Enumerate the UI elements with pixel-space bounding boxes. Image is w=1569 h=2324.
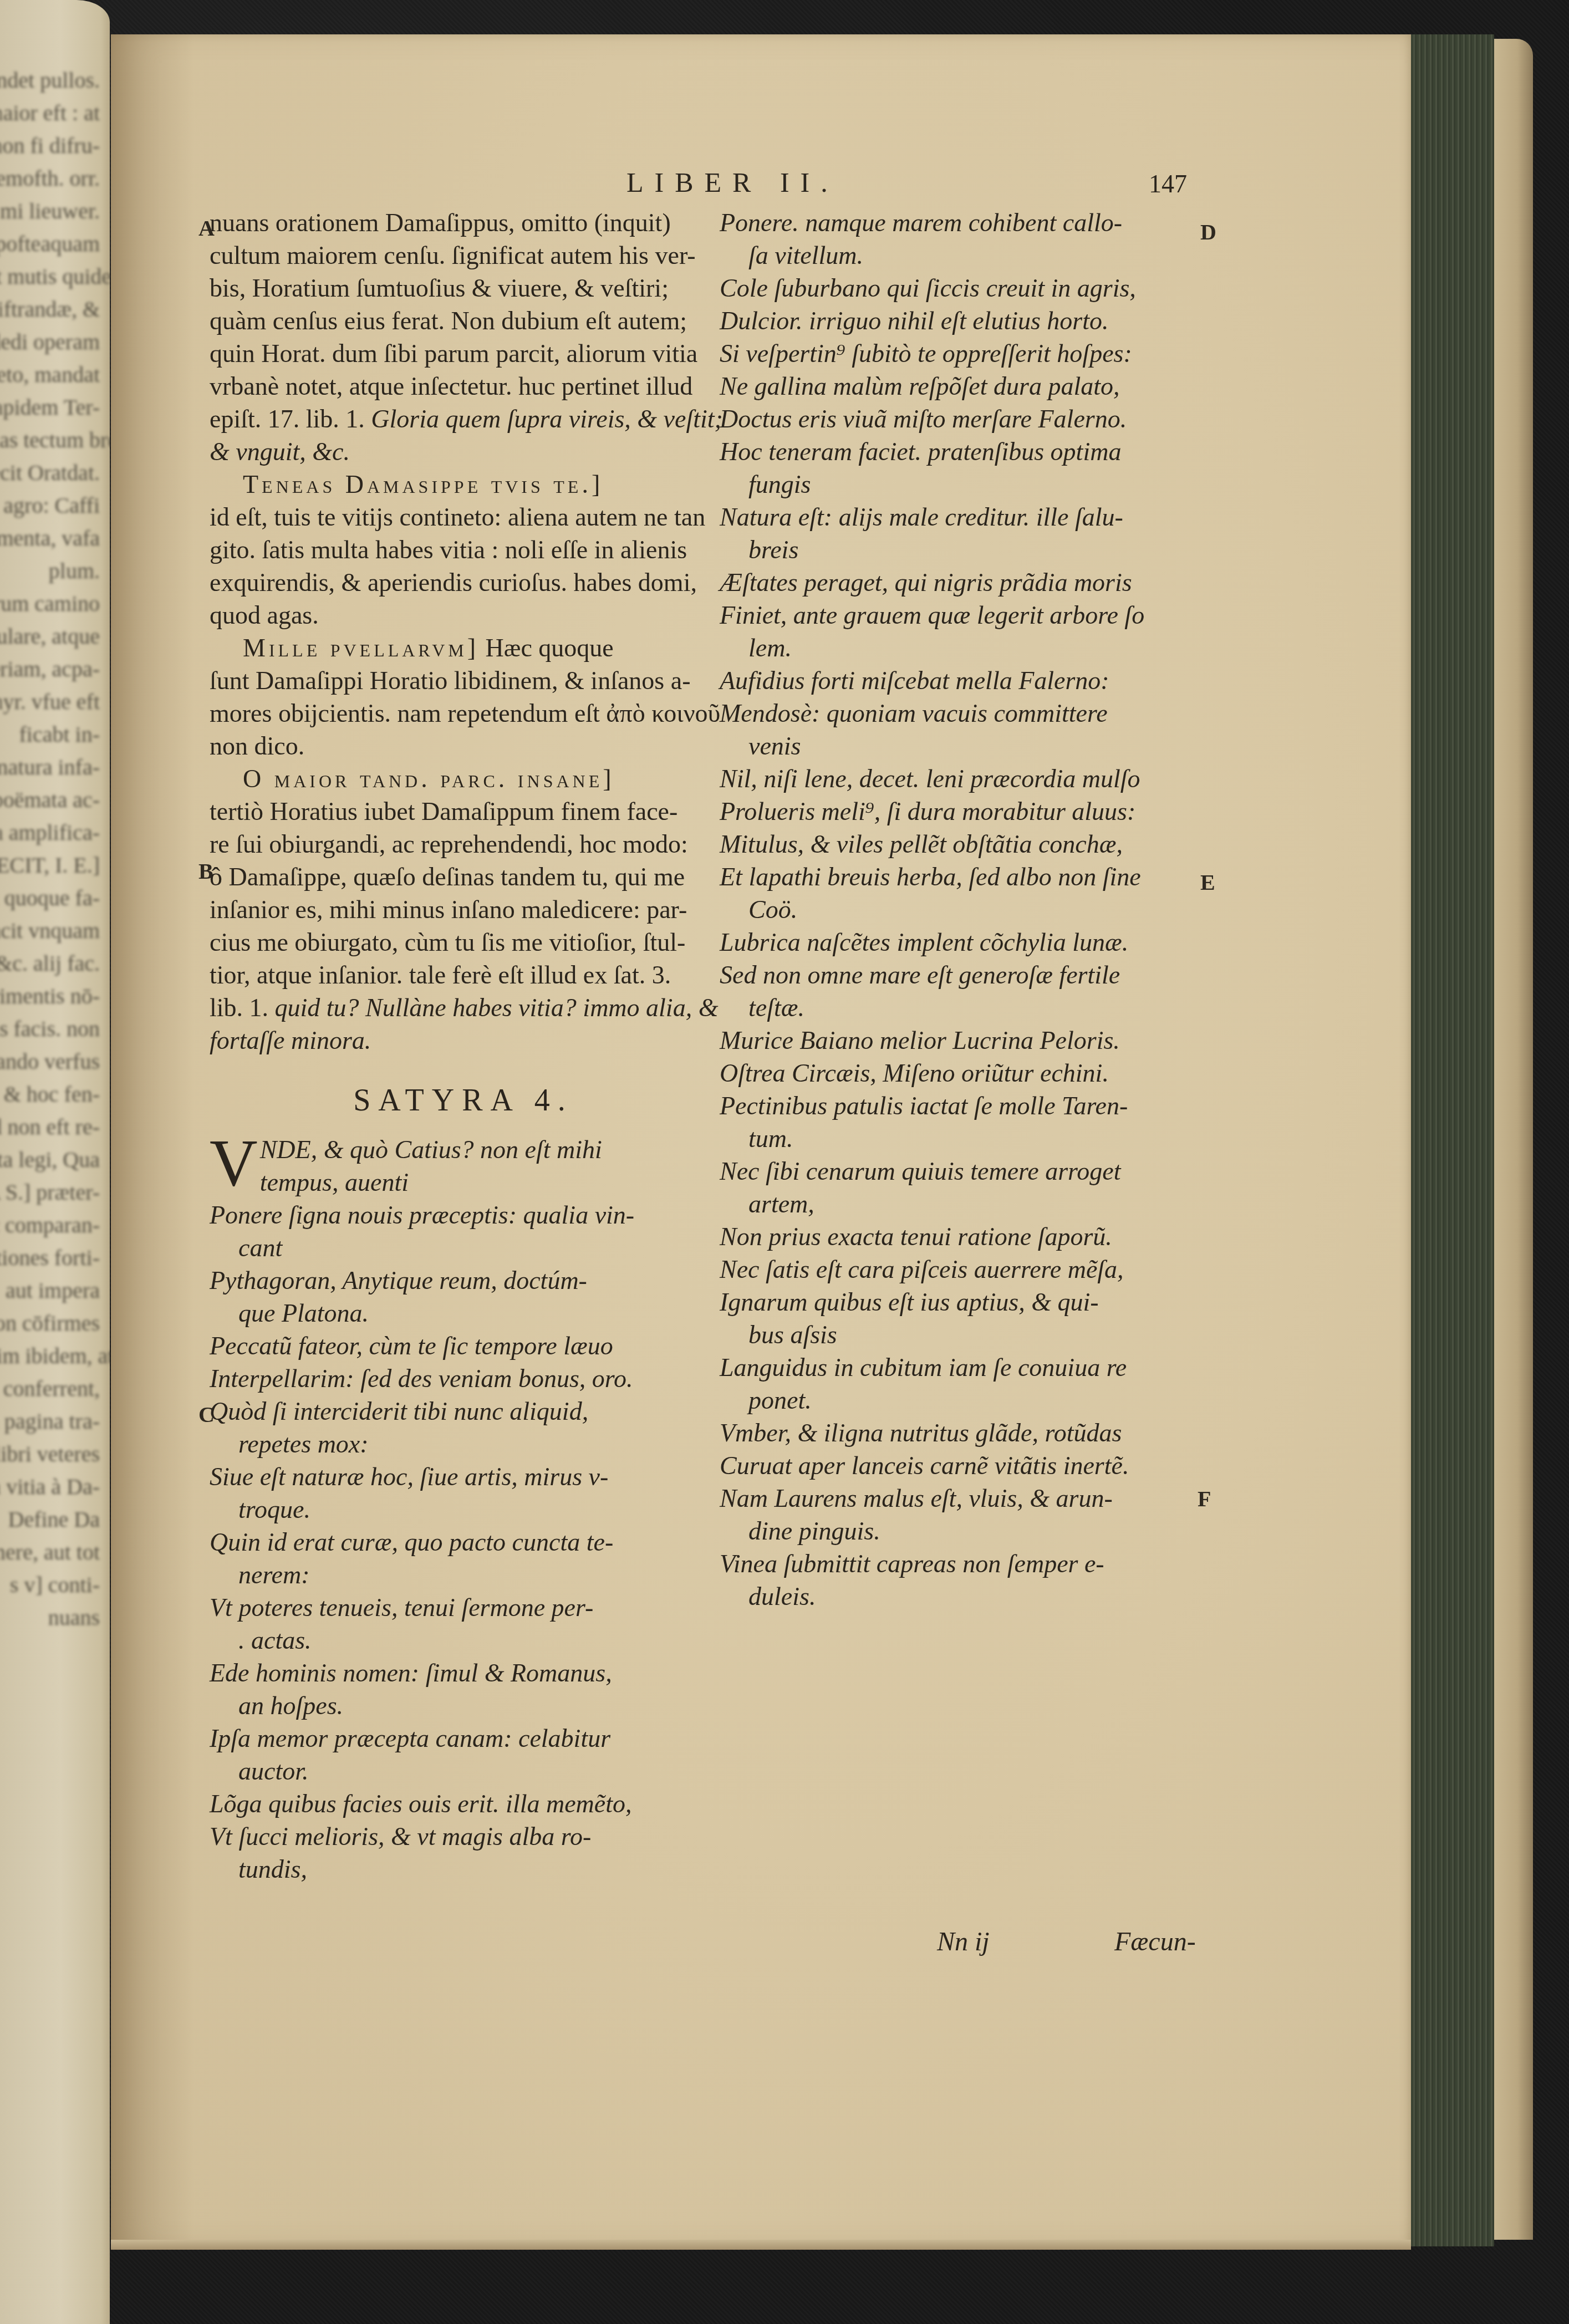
verse-line: Ede hominis nomen: ſimul & Romanus, (210, 1657, 717, 1689)
commentary-line: quin Horat. dum ſibi parum parcit, alior… (210, 337, 717, 370)
commentary-block-4: tertiò Horatius iubet Damaſippum finem f… (210, 795, 717, 991)
commentary-line: gito. ſatis multa habes vitia : noli eſſ… (210, 533, 717, 566)
blurred-line: verfus facis. non (0, 1012, 100, 1045)
verse-line: Vinea ſubmittit capreas non ſemper e- (720, 1547, 1208, 1580)
verse-line: breis (720, 533, 1208, 566)
verse-block-right: Ponere. namque marem cohibent callo-ſa v… (720, 206, 1208, 1613)
verse-line: ſa vitellum. (720, 239, 1208, 272)
blurred-line: fed non eft re- (0, 1110, 100, 1143)
blurred-line: conferrent, (0, 1372, 100, 1405)
commentary-line: non dico. (210, 730, 717, 762)
verse-line: Doctus eris viuã miſto merſare Falerno. (720, 402, 1208, 435)
verse-line: Coö. (720, 893, 1208, 926)
blurred-line: tu quoque fa- (0, 881, 100, 914)
verse-line: Lubrica naſcẽtes implent cõchylia lunæ. (720, 926, 1208, 959)
verse-line: Oſtrea Circæis, Miſeno oriũtur echini. (720, 1057, 1208, 1089)
verse-line: NDE, & quò Catius? non eſt mihi (260, 1135, 602, 1164)
blurred-line: confeftim ibidem, at- (0, 1339, 100, 1372)
blurred-line: materiam, acpa- (0, 653, 100, 685)
verse-line: an hoſpes. (210, 1689, 717, 1722)
commentary-line: lib. 1. quid tu? Nullàne habes vitia? im… (210, 991, 717, 1024)
verse-line: Et lapathi breuis herba, ſed albo non ſi… (720, 860, 1208, 893)
blurred-line: rani mi lieuwer. (0, 195, 100, 227)
previous-page-edge: ndet pullos.lli , maior eft : atD non fi… (0, 0, 110, 2324)
commentary-line: tior, atque inſanior. tale ferè eſt illu… (210, 959, 717, 991)
lemma: O maior tand. parc. insane] (243, 765, 615, 793)
verse-line: Mendosè: quoniam vacuis committere (720, 697, 1208, 730)
blurred-line: fua vitia à Da- (0, 1470, 100, 1503)
commentary-block-3: ſunt Damaſippi Horatio libidinem, & inſa… (210, 664, 717, 762)
verse-line: Prolueris meli⁹, ſi dura morabitur aluus… (720, 795, 1208, 828)
blurred-line: Add lapidem Ter- (0, 391, 100, 424)
commentary-line: ſunt Damaſippi Horatio libidinem, & inſa… (210, 664, 717, 697)
signature-mark: Nn ij (937, 1927, 990, 1957)
blurred-line: plum. (0, 554, 100, 587)
commentary-line: nuans orationem Damaſippus, omitto (inqu… (210, 206, 717, 239)
catchword: Fæcun- (1114, 1927, 1196, 1957)
blurred-line: A S.] præter- (0, 1176, 100, 1209)
verse-line: dine pinguis. (720, 1515, 1208, 1547)
verse-line: cant (210, 1231, 717, 1264)
verse-line: Vmber, & iligna nutritus glãde, rotũdas (720, 1416, 1208, 1449)
verse-line: Ipſa memor præcepta canam: celabitur (210, 1722, 717, 1755)
blurred-line: D non fi difru- (0, 129, 100, 162)
blurred-line: enim dedi operam (0, 325, 100, 358)
blurred-line: lli , maior eft : at (0, 96, 100, 129)
commentary-line: id eſt, tuis te vitijs contineto: aliena… (210, 501, 717, 533)
verse-line: artem, (720, 1188, 1208, 1220)
blurred-line: um agro: Caffi (0, 489, 100, 522)
verse-line: ponet. (720, 1384, 1208, 1416)
verse-line: Mitulus, & viles pellẽt obſtãtia conchæ, (720, 828, 1208, 860)
verse-line: Murice Baiano melior Lucrina Peloris. (720, 1024, 1208, 1057)
blurred-line: mans,at mutis quiden (0, 260, 100, 293)
verse-line: Vt poteres tenueis, tenui ſermone per- (210, 1591, 717, 1624)
verse-line: Nec ſatis eſt cara piſceis auerrere mẽſa… (720, 1253, 1208, 1286)
quotation: quid tu? Nullàne habes vitia? immo alia,… (275, 993, 719, 1022)
blurred-line: quando verfus (0, 1045, 100, 1078)
lemma: Mille pvellarvm] (243, 634, 479, 662)
page-number: 147 (1149, 169, 1187, 198)
blurred-line: Add quas tectum brevi (0, 424, 100, 456)
verse-line: Interpellarim: ſed des veniam bonus, oro… (210, 1362, 717, 1395)
blurred-line: Define Da (0, 1503, 100, 1536)
left-column: nuans orationem Damaſippus, omitto (inqu… (210, 206, 717, 1885)
blurred-line: . Demofth. orr. (0, 162, 100, 195)
blurred-line: experimentis nō- (0, 980, 100, 1012)
book-cover-edge (1494, 39, 1533, 2240)
verse-line: Finiet, ante grauem quæ legerit arbore ſ… (720, 599, 1208, 631)
blurred-line: aut impera (0, 1274, 100, 1307)
commentary-line: bis, Horatium ſumtuoſius & viuere, & veſ… (210, 272, 717, 304)
verse-line: Si veſpertin⁹ ſubitò te oppreſſerit hoſp… (720, 337, 1208, 370)
commentary-line: tertiò Horatius iubet Damaſippum finem f… (210, 795, 717, 828)
commentary-line: quod agas. (210, 599, 717, 631)
verse-line: bus aſsis (720, 1318, 1208, 1351)
verse-line: Ponere. namque marem cohibent callo- (720, 206, 1208, 239)
verse-line: Peccatũ fateor, cùm te ſic tempore læuo (210, 1329, 717, 1362)
blurred-line: mulare, atque (0, 620, 100, 653)
verse-line: troque. (210, 1493, 717, 1526)
blurred-line: eft, pofteaquam (0, 227, 100, 260)
lemma-line: Mille pvellarvm] Hæc quoque (210, 631, 717, 664)
previous-page-blurred-text: ndet pullos.lli , maior eft : atD non fi… (0, 64, 100, 1634)
blurred-line: eadem pagina tra- (0, 1405, 100, 1438)
verse-line: Languidus in cubitum iam ſe conuiua re (720, 1351, 1208, 1384)
blurred-line: poëmata ac- (0, 783, 100, 816)
blurred-line: ndet pullos. (0, 64, 100, 96)
verse-line: Quin id erat curæ, quo pacto cuncta te- (210, 1526, 717, 1558)
verse-line: Cole ſuburbano qui ſiccis creuit in agri… (720, 272, 1208, 304)
blurred-line: s v] conti- (0, 1568, 100, 1601)
blurred-line: em fecit Oratdat. (0, 456, 100, 489)
verse-line: teſtæ. (720, 991, 1208, 1024)
verse-line: Nam Laurens malus eſt, vluis, & arun- (720, 1482, 1208, 1515)
verse-line: Ignarum quibus eſt ius aptius, & qui- (720, 1286, 1208, 1318)
blurred-line: definitiones forti- (0, 1241, 100, 1274)
verse-line: Siue eſt naturæ hoc, ſiue artis, mirus v… (210, 1460, 717, 1493)
blurred-line: hic comparan- (0, 1209, 100, 1241)
lemma-line: Teneas Damasippe tvis te.] (210, 468, 717, 501)
commentary-line: mores obijcientis. nam repetendum eſt ἀπ… (210, 697, 717, 730)
verse-line: fungis (720, 468, 1208, 501)
verse-line: nerem: (210, 1558, 717, 1591)
blurred-line: illa amplifica- (0, 816, 100, 849)
blurred-line: & hoc fen- (0, 1078, 100, 1110)
blurred-line: lhyr. vfue eft (0, 685, 100, 718)
verse-line: auctor. (210, 1755, 717, 1787)
commentary-line: exquirendis, & aperiendis curioſus. habe… (210, 566, 717, 599)
verse-line: lem. (720, 631, 1208, 664)
verse-line: tum. (720, 1122, 1208, 1155)
verse-line: Dulcior. irriguo nihil eſt elutius horto… (720, 304, 1208, 337)
commentary-block-2: id eſt, tuis te vitijs contineto: aliena… (210, 501, 717, 631)
page-bottom-edge (111, 2240, 1411, 2250)
verse-line: Pectinibus patulis iactat ſe molle Taren… (720, 1089, 1208, 1122)
blurred-line: Adhibeto, mandat (0, 358, 100, 391)
blurred-line: adminiftrandæ, & (0, 293, 100, 325)
blurred-line: ficabt in- (0, 718, 100, 751)
blurred-line: nuans (0, 1601, 100, 1634)
commentary-block-1: nuans orationem Damaſippus, omitto (inqu… (210, 206, 717, 402)
verse-line: que Platona. (210, 1297, 717, 1329)
blurred-line: ita legi, Qua (0, 1143, 100, 1176)
commentary-line: fortaſſe minora. (210, 1024, 717, 1057)
verse-line: Non prius exacta tenui ratione ſaporũ. (720, 1220, 1208, 1253)
blurred-line: argumenta, vafa (0, 522, 100, 554)
drop-cap: V (210, 1136, 258, 1190)
commentary-line: & vnguit, &c. (210, 435, 717, 468)
verse-line: Pythagoran, Anytique reum, doctúm- (210, 1264, 717, 1297)
commentary-line: inſanior es, mihi minus inſano maledicer… (210, 893, 717, 926)
commentary-line: epiſt. 17. lib. 1. Gloria quem ſupra vir… (210, 402, 717, 435)
blurred-line: non cōfirmes (0, 1307, 100, 1339)
blurred-line: olerum camino (0, 587, 100, 620)
commentary-line: quàm cenſus eius ferat. Non dubium eſt a… (210, 304, 717, 337)
verse-line: Ponere ſigna nouis præceptis: qualia vin… (210, 1199, 717, 1231)
verse-line: repetes mox: (210, 1428, 717, 1460)
verse-opening: V NDE, & quò Catius? non eſt mihi (210, 1133, 717, 1166)
blurred-line: libri veteres (0, 1438, 100, 1470)
lemma: Teneas Damasippe tvis te.] (243, 470, 603, 498)
book-fore-edge (1411, 34, 1494, 2246)
commentary-line: cius me obiurgato, cùm tu ſis me vitioſi… (210, 926, 717, 959)
verse-line: Aufidius forti miſcebat mella Falerno: (720, 664, 1208, 697)
verse-block-left: tempus, auentiPonere ſigna nouis præcept… (210, 1166, 717, 1885)
running-head: LIBER II. (626, 166, 839, 198)
section-title: SATYRA 4. (210, 1057, 717, 1133)
commentary-line: cultum maiorem cenſu. ſignificat autem h… (210, 239, 717, 272)
lemma-line: O maior tand. parc. insane] (210, 762, 717, 795)
blurred-line: ECIT, I. E.] (0, 849, 100, 881)
verse-line: Æſtates peraget, qui nigris prãdia moris (720, 566, 1208, 599)
verse-line: venis (720, 730, 1208, 762)
blurred-line: mere, aut tot (0, 1536, 100, 1568)
verse-line: Natura eſt: alijs male creditur. ille ſa… (720, 501, 1208, 533)
verse-line: Lõga quibus facies ouis erit. illa memẽt… (210, 1787, 717, 1820)
blurred-line: natura infa- (0, 751, 100, 783)
verse-line: Hoc teneram faciet. pratenſibus optima (720, 435, 1208, 468)
verse-line: Quòd ſi interciderit tibi nunc aliquid, (210, 1395, 717, 1428)
commentary-line: vrbanè notet, atque inſectetur. huc pert… (210, 370, 717, 402)
verse-line: duleis. (720, 1580, 1208, 1613)
commentary-line: ô Damaſippe, quæſo deſinas tandem tu, qu… (210, 860, 717, 893)
verse-line: Curuat aper lanceis carnẽ vitãtis inertẽ… (720, 1449, 1208, 1482)
verse-line: Nec ſibi cenarum quiuis temere arroget (720, 1155, 1208, 1188)
verse-line: tundis, (210, 1853, 717, 1885)
blurred-line: ergo,&c. alij fac. (0, 947, 100, 980)
blurred-line: facit vnquam (0, 914, 100, 947)
quotation: Gloria quem ſupra vireis, & veſtit; (371, 405, 723, 433)
verse-line: Vt ſucci melioris, & vt magis alba ro- (210, 1820, 717, 1853)
verse-line: Nil, niſi lene, decet. leni præcordia mu… (720, 762, 1208, 795)
verse-line: Sed non omne mare eſt generoſæ fertile (720, 959, 1208, 991)
right-column: Ponere. namque marem cohibent callo-ſa v… (720, 206, 1208, 1613)
verse-line: tempus, auenti (210, 1166, 717, 1199)
verse-line: . actas. (210, 1624, 717, 1657)
commentary-line: re ſui obiurgandi, ac reprehendendi, hoc… (210, 828, 717, 860)
verse-line: Ne gallina malùm reſpõſet dura palato, (720, 370, 1208, 402)
